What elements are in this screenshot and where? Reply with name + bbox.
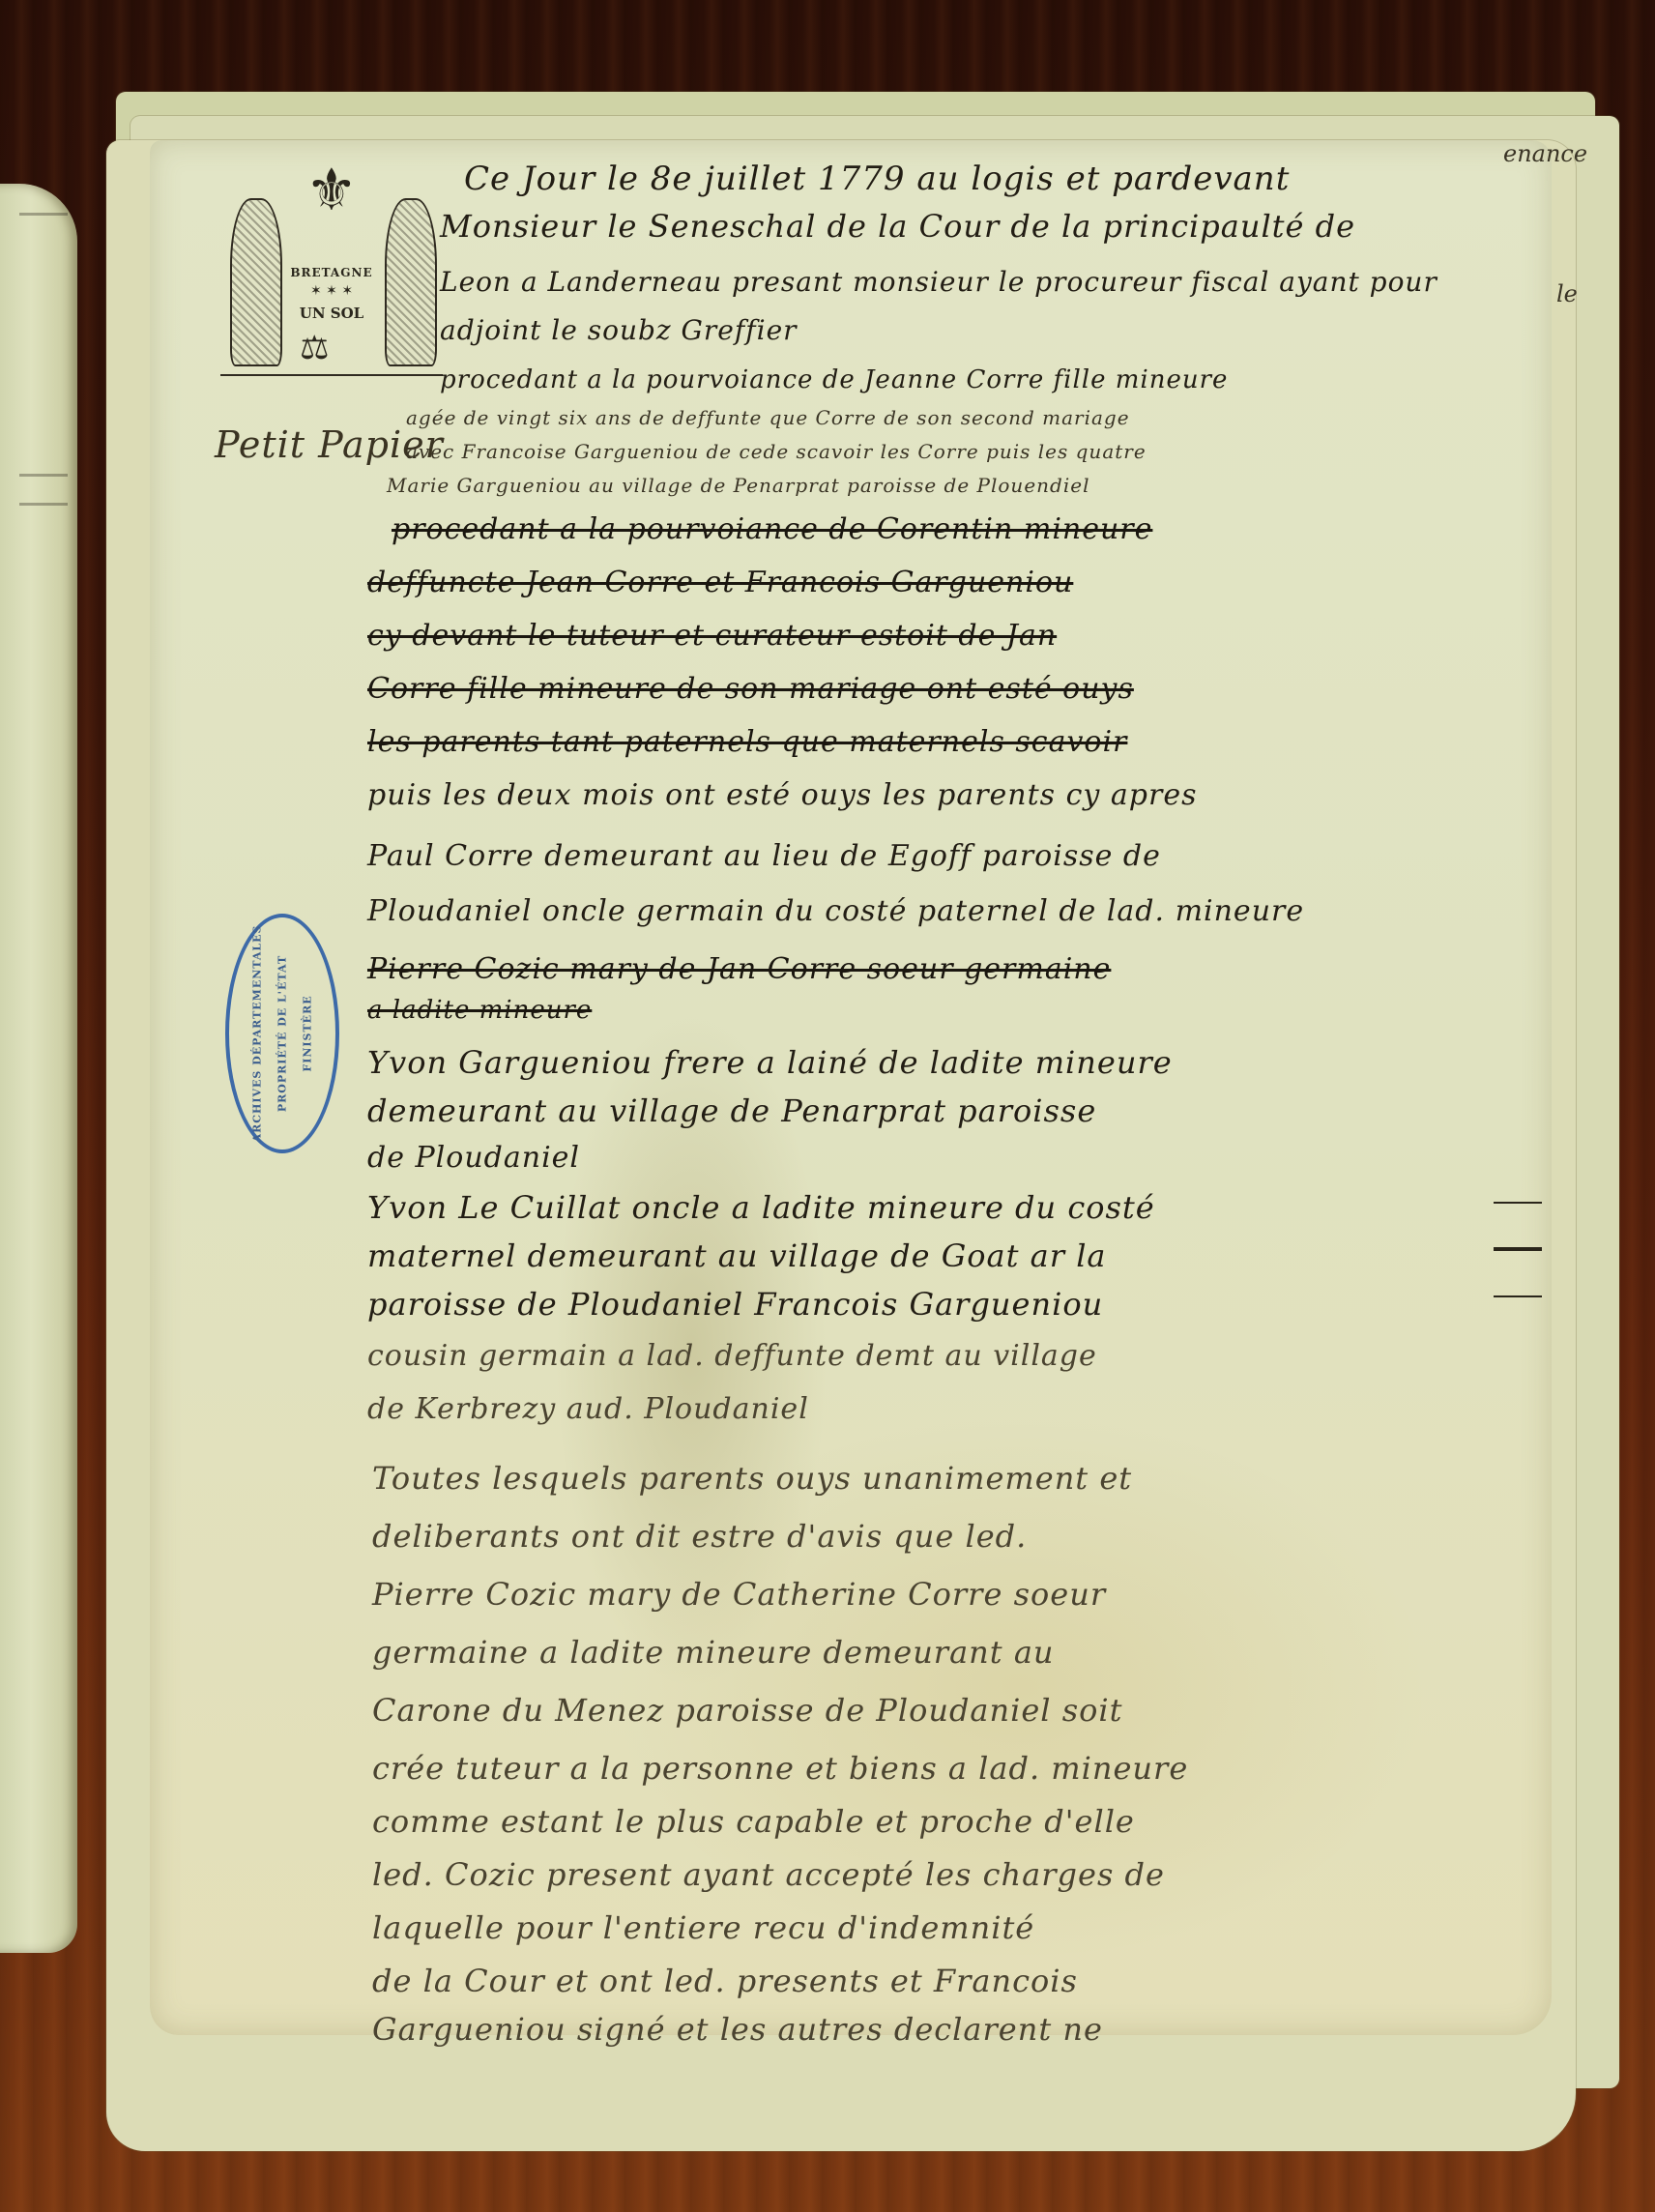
archive-stamp-line: PROPRIÉTÉ DE L'ÉTAT [276,955,289,1112]
manuscript-line: led. Cozic present ayant accepté les cha… [372,1856,1165,1893]
manuscript-line: Carone du Menez paroisse de Ploudaniel s… [372,1692,1122,1729]
manuscript-line: puis les deux mois ont esté ouys les par… [367,778,1197,812]
manuscript-line: Ce Jour le 8e juillet 1779 au logis et p… [464,160,1290,198]
archive-stamp-line: ARCHIVES DÉPARTEMENTALES [251,925,264,1143]
struck-manuscript-line: cy devant le tuteur et curateur estoit d… [367,619,1057,653]
manuscript-line: laquelle pour l'entiere recu d'indemnité [372,1909,1034,1946]
eagle-icon [385,198,437,366]
manuscript-line: Ploudaniel oncle germain du costé patern… [367,894,1304,928]
manuscript-line: de Ploudaniel [367,1141,580,1175]
tax-stamp-seal: ⚜ BRETAGNE ✶ ✶ ✶ UN SOL ⚖ [220,160,443,382]
fleur-de-lis-icon: ⚜ [305,161,358,219]
eagle-icon [230,198,282,366]
manuscript-line: Yvon Le Cuillat oncle a ladite mineure d… [367,1189,1155,1226]
struck-manuscript-line: deffuncte Jean Corre et Francois Garguen… [367,566,1073,599]
struck-manuscript-line: a ladite mineure [367,996,592,1025]
stamp-stars: ✶ ✶ ✶ [278,283,385,299]
struck-manuscript-line: Corre fille mineure de son mariage ont e… [367,672,1134,706]
manuscript-line: demeurant au village de Penarprat parois… [367,1092,1096,1129]
manuscript-line: deliberants ont dit estre d'avis que led… [372,1518,1027,1555]
archive-stamp-line: FINISTÈRE [302,995,314,1071]
manuscript-line: avec Francoise Gargueniou de cede scavoi… [406,440,1147,463]
stamp-value-text: UN SOL [278,305,385,322]
manuscript-line: cousin germain a lad. deffunte demt au v… [367,1339,1097,1373]
manuscript-line: Monsieur le Seneschal de la Cour de la p… [440,208,1355,245]
manuscript-line: Paul Corre demeurant au lieu de Egoff pa… [367,839,1161,873]
manuscript-line: adjoint le soubz Greffier [440,314,798,346]
manuscript-line: agée de vingt six ans de deffunte que Co… [406,406,1130,429]
adjacent-page-left [0,184,77,1953]
margin-dash [1494,1202,1542,1204]
struck-manuscript-line: les parents tant paternels que maternels… [367,725,1127,759]
scales-of-justice-icon: ⚖ [300,332,329,364]
manuscript-line: germaine a ladite mineure demeurant au [372,1634,1055,1671]
manuscript-line: Pierre Cozic mary de Catherine Corre soe… [372,1576,1106,1613]
adjacent-page-ink [19,213,68,216]
adjacent-page-ink [19,503,68,506]
manuscript-line: Yvon Gargueniou frere a lainé de ladite … [367,1044,1173,1081]
stamp-base-line [220,374,443,376]
margin-note: enance [1503,140,1587,167]
manuscript-line: procedant a la pourvoiance de Jeanne Cor… [440,365,1228,394]
margin-note: le [1556,280,1578,307]
manuscript-line: Marie Gargueniou au village de Penarprat… [387,474,1089,497]
manuscript-line: comme estant le plus capable et proche d… [372,1803,1135,1840]
archive-stamp: ARCHIVES DÉPARTEMENTALES PROPRIÉTÉ DE L'… [225,914,339,1153]
margin-dash [1494,1247,1542,1251]
manuscript-line: Gargueniou signé et les autres declarent… [372,2011,1103,2048]
manuscript-line: paroisse de Ploudaniel Francois Gargueni… [367,1286,1103,1323]
manuscript-line: crée tuteur a la personne et biens a lad… [372,1750,1188,1787]
stamp-banner-text: BRETAGNE [278,266,385,279]
manuscript-line: de Kerbrezy aud. Ploudaniel [367,1392,809,1426]
struck-manuscript-line: Pierre Cozic mary de Jan Corre soeur ger… [367,952,1111,986]
manuscript-line: Toutes lesquels parents ouys unanimement… [372,1460,1132,1497]
manuscript-line: Leon a Landerneau presant monsieur le pr… [440,266,1437,298]
manuscript-line: de la Cour et ont led. presents et Franc… [372,1963,1078,1999]
adjacent-page-ink [19,474,68,477]
struck-manuscript-line: procedant a la pourvoiance de Corentin m… [392,512,1152,546]
margin-dash [1494,1295,1542,1297]
manuscript-line: maternel demeurant au village de Goat ar… [367,1237,1107,1274]
